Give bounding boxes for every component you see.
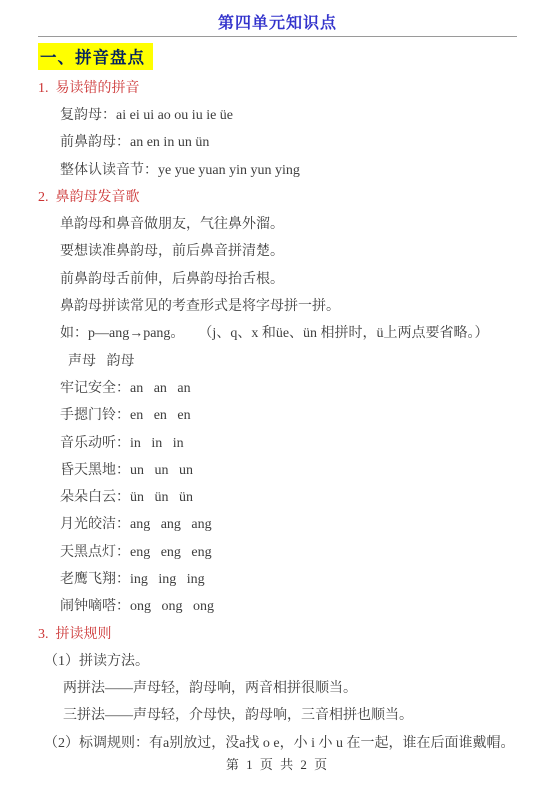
section-1: 一、拼音盘点	[38, 40, 537, 73]
text-line: 整体认读音节：ye yue yuan yin yun ying	[38, 155, 537, 182]
text-line: 复韵母：ai ei ui ao ou iu ie üe	[38, 100, 537, 127]
pinyin-line: 音乐动听：in in in	[38, 428, 537, 455]
pinyin-line: 老鹰飞翔：ing ing ing	[38, 564, 537, 591]
text-line: 前鼻韵母舌前伸，后鼻韵母抬舌根。	[38, 264, 537, 291]
pinyin-line: 手摁门铃：en en en	[38, 401, 537, 428]
pinyin-line: 昏天黑地：un un un	[38, 455, 537, 482]
text-line: 前鼻韵母：an en in un ün	[38, 128, 537, 155]
text-line: （1）拼读方法。	[38, 646, 537, 673]
section-heading: 一、拼音盘点	[38, 43, 153, 70]
page-footer: 第 1 页 共 2 页	[0, 754, 555, 773]
document-page: 第四单元知识点 一、拼音盘点 1. 易读错的拼音 复韵母：ai ei ui ao…	[0, 0, 555, 785]
subsection-1-heading: 1. 易读错的拼音	[38, 73, 537, 100]
text-line: （2）标调规则：有a别放过，没a找 o e，小 i 小 u 在一起，谁在后面谁戴…	[38, 728, 537, 755]
text-line: 声母 韵母	[38, 346, 537, 373]
document-body: 一、拼音盘点 1. 易读错的拼音 复韵母：ai ei ui ao ou iu i…	[38, 40, 537, 755]
text-line: 如：p—ang→pang。 （j、q、x 和üe、ün 相拼时，ü上两点要省略。…	[38, 319, 537, 346]
text-line: 两拼法——声母轻，韵母响，两音相拼很顺当。	[38, 674, 537, 701]
page-title: 第四单元知识点	[0, 10, 555, 33]
pinyin-line: 朵朵白云：ün ün ün	[38, 482, 537, 509]
pinyin-line: 天黑点灯：eng eng eng	[38, 537, 537, 564]
subsection-3-heading: 3. 拼读规则	[38, 619, 537, 646]
subsection-2-heading: 2. 鼻韵母发音歌	[38, 182, 537, 209]
pinyin-line: 月光皎洁：ang ang ang	[38, 510, 537, 537]
header-divider	[38, 36, 517, 37]
text-line: 三拼法——声母轻，介母快，韵母响，三音相拼也顺当。	[38, 701, 537, 728]
text-line: 单韵母和鼻音做朋友，气往鼻外溜。	[38, 209, 537, 236]
pinyin-line: 闹钟嘀嗒：ong ong ong	[38, 592, 537, 619]
text-line: 鼻韵母拼读常见的考查形式是将字母拼一拼。	[38, 291, 537, 318]
text-line: 要想读准鼻韵母，前后鼻音拼清楚。	[38, 237, 537, 264]
pinyin-line: 牢记安全：an an an	[38, 373, 537, 400]
